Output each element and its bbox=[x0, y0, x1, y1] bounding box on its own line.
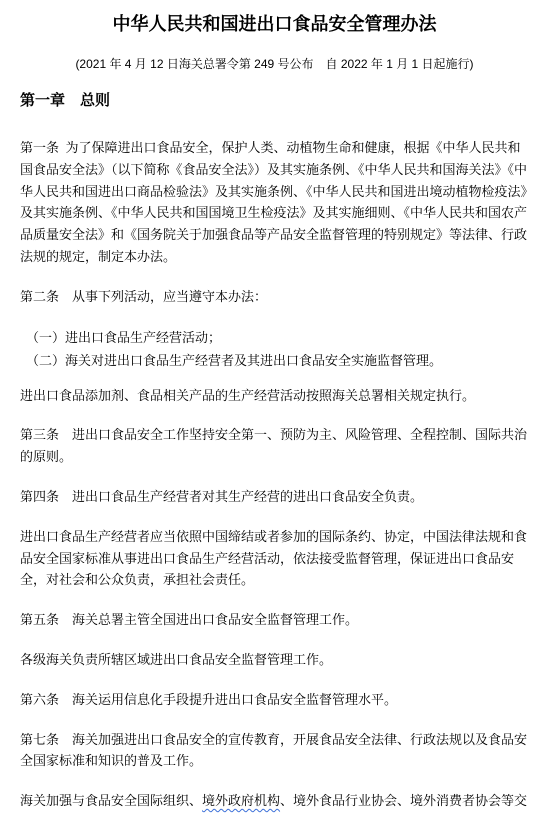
article-1-paragraph: 第一条 为了保障进出口食品安全，保护人类、动植物生命和健康，根据《中华人民共和国… bbox=[20, 137, 529, 268]
document-page: 中华人民共和国进出口食品安全管理办法 (2021 年 4 月 12 日海关总署令… bbox=[0, 0, 550, 818]
spellcheck-flagged-text[interactable]: 境外政府机构 bbox=[202, 793, 280, 808]
issuance-line: (2021 年 4 月 12 日海关总署令第 249 号公布 自 2022 年 … bbox=[20, 56, 529, 72]
article-3-paragraph: 第三条 进出口食品安全工作坚持安全第一、预防为主、风险管理、全程控制、国际共治的… bbox=[20, 424, 529, 468]
article-7-paragraph-2-text: 海关加强与食品安全国际组织、 bbox=[20, 793, 202, 808]
article-2-intro: 第二条 从事下列活动，应当遵守本办法： bbox=[20, 286, 529, 308]
article-6-paragraph: 第六条 海关运用信息化手段提升进出口食品安全监督管理水平。 bbox=[20, 689, 529, 711]
article-2-note: 进出口食品添加剂、食品相关产品的生产经营活动按照海关总署相关规定执行。 bbox=[20, 385, 529, 407]
chapter-heading: 第一章 总则 bbox=[20, 91, 529, 111]
article-5-paragraph-2: 各级海关负责所辖区域进出口食品安全监督管理工作。 bbox=[20, 649, 529, 671]
article-7-paragraph-2: 海关加强与食品安全国际组织、境外政府机构、境外食品行业协会、境外消费者协会等交 bbox=[20, 790, 529, 812]
article-7-paragraph: 第七条 海关加强进出口食品安全的宣传教育，开展食品安全法律、行政法规以及食品安全… bbox=[20, 729, 529, 773]
article-4-paragraph: 第四条 进出口食品生产经营者对其生产经营的进出口食品安全负责。 bbox=[20, 486, 529, 508]
article-2-items: （一）进出口食品生产经营活动； （二）海关对进出口食品生产经营者及其进出口食品安… bbox=[20, 326, 529, 373]
document-title: 中华人民共和国进出口食品安全管理办法 bbox=[20, 13, 529, 35]
article-4-paragraph-2: 进出口食品生产经营者应当依照中国缔结或者参加的国际条约、协定，中国法律法规和食品… bbox=[20, 526, 529, 591]
article-2-item-2: （二）海关对进出口食品生产经营者及其进出口食品安全实施监督管理。 bbox=[26, 349, 529, 373]
article-7-paragraph-2-text-cont: 、境外食品行业协会、境外消费者协会等交 bbox=[280, 793, 527, 808]
article-2-item-1: （一）进出口食品生产经营活动； bbox=[26, 326, 529, 350]
article-5-paragraph: 第五条 海关总署主管全国进出口食品安全监督管理工作。 bbox=[20, 609, 529, 631]
